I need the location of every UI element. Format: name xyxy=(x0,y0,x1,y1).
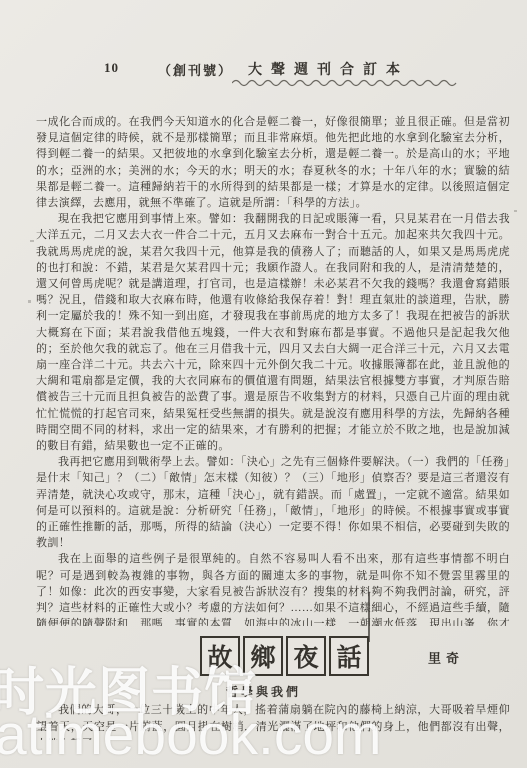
feature-paragraph: 我們的大哥，一位三十歲上的中年人，搖着蒲扇躺在院內的藤椅上納涼，大哥吸着旱煙仰望… xyxy=(36,702,510,740)
article-body: 一成化合而成的。在我們今天知道水的化合是輕二養一，好像很簡單；並且很正確。但是當… xyxy=(36,114,510,626)
journal-title: 大聲週刊合訂本 xyxy=(248,59,409,79)
paragraph: 我再把它應用到戰術學上去。譬如：「決心」之先有三個條件要解決。（一）我們的「任務… xyxy=(36,454,510,551)
scan-speck xyxy=(30,240,34,242)
wavy-underline-decoration xyxy=(232,78,462,88)
paragraph: 我在上面舉的這些例子是很單純的。自然不容易叫人看不出來，那有這些事情都不明白呢？… xyxy=(36,551,510,626)
issue-label: （創刊號） xyxy=(158,60,233,79)
feature-subtitle: 哲學與我們 xyxy=(0,683,527,700)
scanned-page: 10 （創刊號） 大聲週刊合訂本 一成化合而成的。在我們今天知道水的化合是輕二養… xyxy=(0,0,527,768)
paragraph: 一成化合而成的。在我們今天知道水的化合是輕二養一，好像很簡單；並且很正確。但是當… xyxy=(36,114,510,211)
boxed-title-char: 鄉 xyxy=(243,636,283,676)
feature-author: 里奇 xyxy=(428,648,464,667)
boxed-title-char: 夜 xyxy=(286,636,326,676)
page-header: 10 （創刊號） 大聲週刊合訂本 xyxy=(0,58,527,98)
scan-speck xyxy=(28,300,31,303)
boxed-title-char: 話 xyxy=(329,636,369,676)
boxed-title-char: 故 xyxy=(200,636,240,676)
page-number: 10 xyxy=(104,60,119,76)
feature-boxed-title: 故 鄉 夜 話 xyxy=(200,636,372,676)
paragraph: 現在我把它應用到事情上來。譬如：我翻開我的日記或賬簿一看，只見某君在一月借去我大… xyxy=(36,211,510,454)
vertical-rule-artifact xyxy=(368,592,370,642)
scan-speck xyxy=(514,210,517,212)
